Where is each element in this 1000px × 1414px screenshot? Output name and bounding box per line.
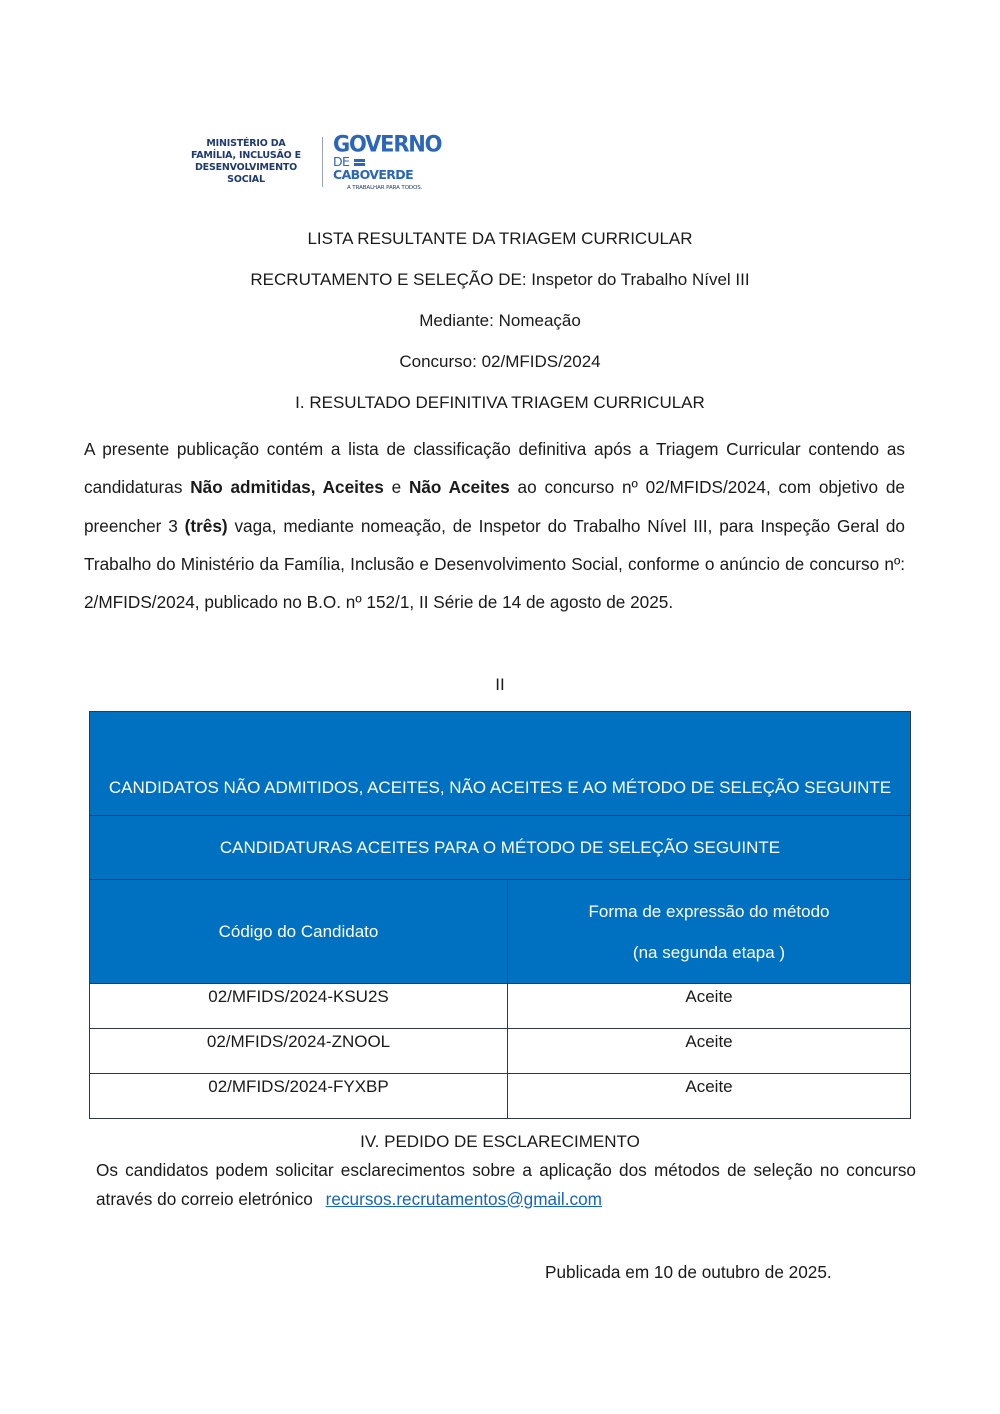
column-header-code: Código do Candidato <box>90 880 508 984</box>
table-subtitle: CANDIDATURAS ACEITES PARA O MÉTODO DE SE… <box>90 816 911 880</box>
candidate-status: Aceite <box>508 1074 911 1119</box>
recruitment-value: Inspetor do Trabalho Nível III <box>531 270 749 289</box>
logo-divider <box>322 137 323 187</box>
table-row: 02/MFIDS/2024-FYXBP Aceite <box>90 1074 911 1119</box>
gov-sub-main: CABOVERDE <box>333 167 413 182</box>
contest-value: 02/MFIDS/2024 <box>482 352 601 371</box>
contest-label: Concurso: <box>399 352 476 371</box>
section-4-heading: IV. PEDIDO DE ESCLARECIMENTO <box>0 1132 1000 1152</box>
table-row: 02/MFIDS/2024-KSU2S Aceite <box>90 984 911 1029</box>
intro-text: e <box>384 477 409 497</box>
clarification-paragraph: Os candidatos podem solicitar esclarecim… <box>96 1156 916 1213</box>
table-title-row: CANDIDATOS NÃO ADMITIDOS, ACEITES, NÃO A… <box>90 712 911 816</box>
method-value: Nomeação <box>499 311 581 330</box>
candidate-code: 02/MFIDS/2024-FYXBP <box>90 1074 508 1119</box>
intro-bold: (três) <box>185 516 228 536</box>
section-2-heading: II <box>0 675 1000 695</box>
results-table: CANDIDATOS NÃO ADMITIDOS, ACEITES, NÃO A… <box>89 711 911 1119</box>
candidate-code: 02/MFIDS/2024-KSU2S <box>90 984 508 1029</box>
table-title: CANDIDATOS NÃO ADMITIDOS, ACEITES, NÃO A… <box>90 712 911 816</box>
method-label: Mediante: <box>419 311 494 330</box>
publication-date: Publicada em 10 de outubro de 2025. <box>545 1262 832 1283</box>
header-logo: MINISTÉRIO DA FAMÍLIA, INCLUSÃO E DESENV… <box>180 134 445 190</box>
flag-icon <box>354 159 365 166</box>
column-header-method-line1: Forma de expressão do método <box>509 891 909 932</box>
candidate-status: Aceite <box>508 1029 911 1074</box>
table-subtitle-row: CANDIDATURAS ACEITES PARA O MÉTODO DE SE… <box>90 816 911 880</box>
gov-title: GOVERNO <box>333 133 441 155</box>
intro-bold: Não admitidas, Aceites <box>190 477 384 497</box>
gov-subtitle: DE CABOVERDE <box>333 155 445 181</box>
ministry-logo-text: MINISTÉRIO DA FAMÍLIA, INCLUSÃO E DESENV… <box>180 138 312 186</box>
contest-line: Concurso: 02/MFIDS/2024 <box>0 352 1000 372</box>
method-line: Mediante: Nomeação <box>0 311 1000 331</box>
document-title: LISTA RESULTANTE DA TRIAGEM CURRICULAR <box>0 229 1000 249</box>
table-row: 02/MFIDS/2024-ZNOOL Aceite <box>90 1029 911 1074</box>
ministry-line: DESENVOLVIMENTO SOCIAL <box>180 162 312 186</box>
candidate-status: Aceite <box>508 984 911 1029</box>
table-header-row: Código do Candidato Forma de expressão d… <box>90 880 911 984</box>
recruitment-label: RECRUTAMENTO E SELEÇÃO DE: <box>250 270 526 289</box>
intro-paragraph: A presente publicação contém a lista de … <box>84 430 905 621</box>
section-1-heading: I. RESULTADO DEFINITIVA TRIAGEM CURRICUL… <box>0 393 1000 413</box>
column-header-method-line2: (na segunda etapa ) <box>509 932 909 973</box>
intro-bold: Não Aceites <box>409 477 510 497</box>
ministry-line: FAMÍLIA, INCLUSÃO E <box>180 150 312 162</box>
ministry-line: MINISTÉRIO DA <box>180 138 312 150</box>
recruitment-line: RECRUTAMENTO E SELEÇÃO DE: Inspetor do T… <box>0 270 1000 290</box>
government-logo: GOVERNO DE CABOVERDE A TRABALHAR PARA TO… <box>333 134 445 191</box>
email-link[interactable]: recursos.recrutamentos@gmail.com <box>326 1189 602 1209</box>
column-header-method: Forma de expressão do método (na segunda… <box>508 880 911 984</box>
gov-tagline: A TRABALHAR PARA TODOS. <box>347 185 422 191</box>
candidate-code: 02/MFIDS/2024-ZNOOL <box>90 1029 508 1074</box>
